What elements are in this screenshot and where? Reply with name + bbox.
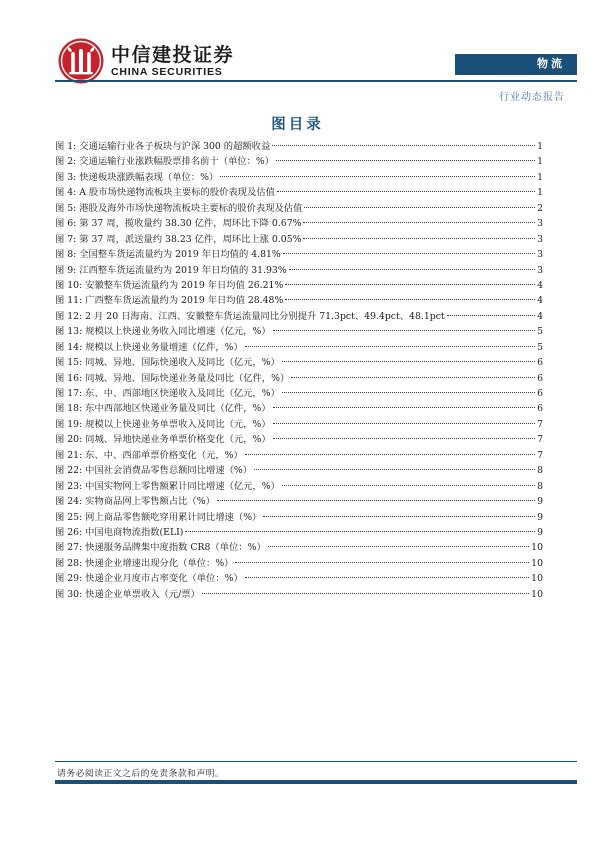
dot-leader — [447, 315, 535, 316]
toc-entry[interactable]: 图 25: 网上商品零售额吃穿用累计同比增速（%）9 — [55, 510, 543, 525]
dot-leader — [285, 284, 535, 285]
toc-entry-page: 3 — [537, 232, 543, 247]
toc-entry[interactable]: 图 8: 全国整车货运流量约为 2019 年日均值的 4.81%3 — [55, 247, 543, 262]
footer-divider-thick — [55, 780, 577, 784]
toc-entry[interactable]: 图 1: 交通运输行业各子板块与沪深 300 的超额收益1 — [55, 139, 543, 154]
toc-entry-page: 8 — [537, 479, 543, 494]
toc-entry-label: 图 10: 安徽整车货运流量约为 2019 年日均值 26.21% — [55, 278, 283, 293]
industry-category-badge: 物流 — [455, 54, 577, 75]
toc-entry[interactable]: 图 23: 中国实物网上零售额累计同比增速（亿元，%）8 — [55, 479, 543, 494]
dot-leader — [289, 269, 535, 270]
toc-entry-page: 6 — [537, 386, 543, 401]
footer-disclaimer: 请务必阅读正文之后的免责条款和声明。 — [57, 766, 224, 779]
toc-entry-page: 1 — [537, 154, 543, 169]
figures-toc-list: 图 1: 交通运输行业各子板块与沪深 300 的超额收益1图 2: 交通运输行业… — [55, 139, 543, 602]
toc-entry[interactable]: 图 7: 第 37 周，派送量约 38.23 亿件，周环比上涨 0.05%3 — [55, 232, 543, 247]
report-page: 中信建投证券 CHINA SECURITIES 物流 行业动态报告 图目录 图 … — [0, 0, 595, 842]
toc-entry-page: 10 — [531, 571, 543, 586]
dot-leader — [272, 145, 535, 146]
toc-entry-page: 9 — [537, 494, 543, 509]
toc-entry-label: 图 20: 同城、异地快递业务单票价格变化（元，%） — [55, 432, 271, 447]
toc-entry[interactable]: 图 16: 同城、异地、国际快递业务量及同比（亿件，%）6 — [55, 371, 543, 386]
dot-leader — [273, 423, 535, 424]
toc-entry-label: 图 15: 同城、异地、国际快递收入及同比（亿元，%） — [55, 355, 280, 370]
dot-leader — [283, 253, 535, 254]
toc-entry-page: 6 — [537, 371, 543, 386]
toc-entry-label: 图 13: 规模以上快递业务收入同比增速（亿元，%） — [55, 324, 271, 339]
toc-entry-page: 5 — [537, 324, 543, 339]
toc-entry[interactable]: 图 24: 实物商品网上零售额占比（%）9 — [55, 494, 543, 509]
toc-entry-page: 1 — [537, 185, 543, 200]
logo-name-en: CHINA SECURITIES — [111, 66, 234, 78]
toc-entry-label: 图 17: 东、中、西部地区快递收入及同比（亿元，%） — [55, 386, 280, 401]
toc-entry-label: 图 21: 东、中、西部单票价格变化（元，%） — [55, 448, 243, 463]
toc-entry[interactable]: 图 28: 快递企业增速出现分化（单位：%）10 — [55, 556, 543, 571]
toc-entry-label: 图 1: 交通运输行业各子板块与沪深 300 的超额收益 — [55, 139, 270, 154]
toc-entry-label: 图 27: 快递服务品牌集中度指数 CR8（单位：%） — [55, 540, 266, 555]
toc-entry-page: 6 — [537, 355, 543, 370]
figures-toc-title: 图目录 — [0, 113, 595, 134]
logo-text: 中信建投证券 CHINA SECURITIES — [111, 45, 234, 78]
toc-entry-label: 图 2: 交通运输行业涨跌幅股票排名前十（单位：%） — [55, 154, 274, 169]
dot-leader — [217, 500, 535, 501]
dot-leader — [245, 346, 535, 347]
dot-leader — [291, 377, 535, 378]
toc-entry[interactable]: 图 20: 同城、异地快递业务单票价格变化（元，%）7 — [55, 432, 543, 447]
toc-entry[interactable]: 图 5: 港股及海外市场快递物流板块主要标的股价表现及估值2 — [55, 201, 543, 216]
dot-leader — [263, 516, 535, 517]
toc-entry-label: 图 12: 2 月 20 日海南、江西、安徽整车货运流量同比分别提升 71.3p… — [55, 309, 445, 324]
toc-entry-label: 图 23: 中国实物网上零售额累计同比增速（亿元，%） — [55, 479, 280, 494]
toc-entry[interactable]: 图 3: 快递板块涨跌幅表现（单位：%）1 — [55, 170, 543, 185]
toc-entry-page: 7 — [537, 448, 543, 463]
toc-entry[interactable]: 图 13: 规模以上快递业务收入同比增速（亿元，%）5 — [55, 324, 543, 339]
dot-leader — [282, 485, 535, 486]
toc-entry[interactable]: 图 4: A 股市场快递物流板块主要标的股价表现及估值1 — [55, 185, 543, 200]
toc-entry[interactable]: 图 22: 中国社会消费品零售总额同比增速（%）8 — [55, 463, 543, 478]
toc-entry[interactable]: 图 21: 东、中、西部单票价格变化（元，%）7 — [55, 448, 543, 463]
dot-leader — [303, 222, 535, 223]
dot-leader — [303, 238, 535, 239]
toc-entry[interactable]: 图 6: 第 37 周，揽收量约 38.30 亿件，周环比下降 0.67%3 — [55, 216, 543, 231]
toc-entry-label: 图 9: 江西整车货运流量约为 2019 年日均值的 31.93% — [55, 263, 287, 278]
footer-divider-thin — [55, 761, 577, 762]
dot-leader — [273, 407, 535, 408]
toc-entry[interactable]: 图 26: 中国电商物流指数(ELI)9 — [55, 525, 543, 540]
toc-entry-page: 6 — [537, 401, 543, 416]
toc-entry-page: 8 — [537, 463, 543, 478]
toc-entry-label: 图 16: 同城、异地、国际快递业务量及同比（亿件，%） — [55, 371, 289, 386]
toc-entry[interactable]: 图 27: 快递服务品牌集中度指数 CR8（单位：%）10 — [55, 540, 543, 555]
toc-entry-label: 图 4: A 股市场快递物流板块主要标的股价表现及估值 — [55, 185, 275, 200]
toc-entry-page: 4 — [537, 293, 543, 308]
toc-entry[interactable]: 图 30: 快递企业单票收入（元/票）10 — [55, 587, 543, 602]
dot-leader — [282, 392, 535, 393]
toc-entry-label: 图 29: 快递企业月度市占率变化（单位：%） — [55, 571, 243, 586]
dot-leader — [235, 562, 529, 563]
toc-entry-label: 图 28: 快递企业增速出现分化（单位：%） — [55, 556, 233, 571]
header-divider — [55, 80, 577, 82]
toc-entry-label: 图 19: 规模以上快递业务单票收入及同比（元，%） — [55, 417, 271, 432]
toc-entry-page: 10 — [531, 540, 543, 555]
toc-entry[interactable]: 图 2: 交通运输行业涨跌幅股票排名前十（单位：%）1 — [55, 154, 543, 169]
toc-entry-label: 图 5: 港股及海外市场快递物流板块主要标的股价表现及估值 — [55, 201, 302, 216]
toc-entry-label: 图 14: 规模以上快递业务量增速（亿件，%） — [55, 340, 243, 355]
dot-leader — [268, 546, 529, 547]
toc-entry-page: 7 — [537, 432, 543, 447]
toc-entry[interactable]: 图 15: 同城、异地、国际快递收入及同比（亿元，%）6 — [55, 355, 543, 370]
toc-entry-label: 图 3: 快递板块涨跌幅表现（单位：%） — [55, 170, 218, 185]
toc-entry-page: 5 — [537, 340, 543, 355]
toc-entry[interactable]: 图 9: 江西整车货运流量约为 2019 年日均值的 31.93%3 — [55, 263, 543, 278]
toc-entry-label: 图 26: 中国电商物流指数(ELI) — [55, 525, 183, 540]
dot-leader — [276, 160, 535, 161]
dot-leader — [202, 593, 529, 594]
dot-leader — [277, 191, 535, 192]
toc-entry[interactable]: 图 11: 广西整车货运流量约为 2019 年日均值 28.48%4 — [55, 293, 543, 308]
toc-entry-label: 图 7: 第 37 周，派送量约 38.23 亿件，周环比上涨 0.05% — [55, 232, 301, 247]
dot-leader — [254, 469, 535, 470]
toc-entry-page: 1 — [537, 139, 543, 154]
toc-entry-label: 图 18: 东中西部地区快递业务量及同比（亿件，%） — [55, 401, 271, 416]
dot-leader — [273, 438, 535, 439]
toc-entry-label: 图 22: 中国社会消费品零售总额同比增速（%） — [55, 463, 252, 478]
toc-entry-page: 4 — [537, 309, 543, 324]
toc-entry[interactable]: 图 19: 规模以上快递业务单票收入及同比（元，%）7 — [55, 417, 543, 432]
toc-entry[interactable]: 图 29: 快递企业月度市占率变化（单位：%）10 — [55, 571, 543, 586]
csc-logo-icon — [58, 38, 104, 84]
toc-entry-page: 9 — [537, 525, 543, 540]
toc-entry[interactable]: 图 17: 东、中、西部地区快递收入及同比（亿元，%）6 — [55, 386, 543, 401]
toc-entry-page: 7 — [537, 417, 543, 432]
dot-leader — [185, 531, 535, 532]
toc-entry-page: 4 — [537, 278, 543, 293]
dot-leader — [245, 577, 529, 578]
toc-entry-page: 3 — [537, 216, 543, 231]
toc-entry[interactable]: 图 18: 东中西部地区快递业务量及同比（亿件，%）6 — [55, 401, 543, 416]
toc-entry-page: 10 — [531, 556, 543, 571]
toc-entry-label: 图 25: 网上商品零售额吃穿用累计同比增速（%） — [55, 510, 261, 525]
toc-entry-label: 图 8: 全国整车货运流量约为 2019 年日均值的 4.81% — [55, 247, 281, 262]
toc-entry[interactable]: 图 12: 2 月 20 日海南、江西、安徽整车货运流量同比分别提升 71.3p… — [55, 309, 543, 324]
logo-name-cn: 中信建投证券 — [111, 45, 234, 66]
company-logo: 中信建投证券 CHINA SECURITIES — [58, 38, 234, 84]
dot-leader — [282, 361, 535, 362]
toc-entry-page: 3 — [537, 247, 543, 262]
toc-entry-page: 10 — [531, 587, 543, 602]
toc-entry-page: 3 — [537, 263, 543, 278]
dot-leader — [220, 176, 535, 177]
toc-entry-label: 图 11: 广西整车货运流量约为 2019 年日均值 28.48% — [55, 293, 283, 308]
toc-entry-label: 图 24: 实物商品网上零售额占比（%） — [55, 494, 215, 509]
dot-leader — [245, 454, 535, 455]
toc-entry-page: 1 — [537, 170, 543, 185]
toc-entry-page: 2 — [537, 201, 543, 216]
report-type-label: 行业动态报告 — [499, 88, 565, 103]
toc-entry-label: 图 6: 第 37 周，揽收量约 38.30 亿件，周环比下降 0.67% — [55, 216, 301, 231]
toc-entry[interactable]: 图 14: 规模以上快递业务量增速（亿件，%）5 — [55, 340, 543, 355]
dot-leader — [273, 330, 535, 331]
dot-leader — [304, 207, 535, 208]
toc-entry-page: 9 — [537, 510, 543, 525]
toc-entry-label: 图 30: 快递企业单票收入（元/票） — [55, 587, 200, 602]
dot-leader — [285, 299, 535, 300]
toc-entry[interactable]: 图 10: 安徽整车货运流量约为 2019 年日均值 26.21%4 — [55, 278, 543, 293]
